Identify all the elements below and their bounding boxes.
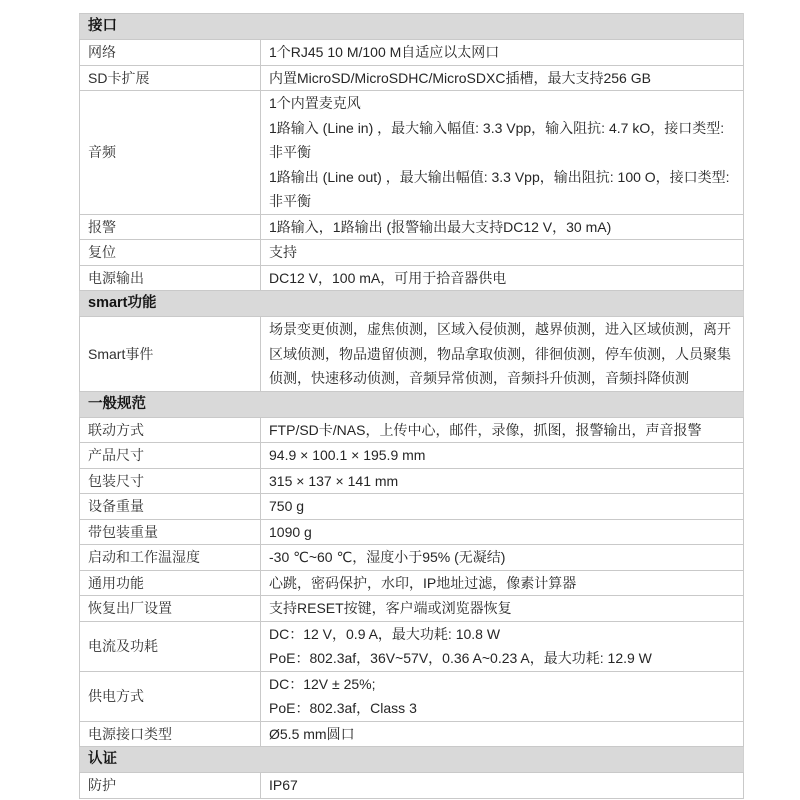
table-row: 带包装重量 1090 g xyxy=(80,519,744,545)
spec-value: 750 g xyxy=(261,494,744,520)
spec-value: 场景变更侦测，虚焦侦测，区域入侵侦测，越界侦测，进入区域侦测，离开区域侦测，物品… xyxy=(261,317,744,392)
section-header-interface: 接口 xyxy=(80,14,744,40)
value-line: 心跳，密码保护，水印，IP地址过滤，像素计算器 xyxy=(269,571,735,596)
spec-label: 联动方式 xyxy=(80,417,261,443)
table-row: 电源接口类型 Ø5.5 mm圆口 xyxy=(80,721,744,747)
value-line: FTP/SD卡/NAS，上传中心，邮件，录像，抓图，报警输出，声音报警 xyxy=(269,418,735,443)
value-line: Ø5.5 mm圆口 xyxy=(269,722,735,747)
table-row: 启动和工作温湿度 -30 ℃~60 ℃，湿度小于95% (无凝结) xyxy=(80,545,744,571)
spec-value: 1路输入，1路输出 (报警输出最大支持DC12 V，30 mA) xyxy=(261,214,744,240)
spec-value: IP67 xyxy=(261,773,744,799)
table-row: 联动方式 FTP/SD卡/NAS，上传中心，邮件，录像，抓图，报警输出，声音报警 xyxy=(80,417,744,443)
spec-label: 防护 xyxy=(80,773,261,799)
spec-label: 电源接口类型 xyxy=(80,721,261,747)
table-row: 包装尺寸 315 × 137 × 141 mm xyxy=(80,468,744,494)
value-line: 94.9 × 100.1 × 195.9 mm xyxy=(269,443,735,468)
spec-value: 内置MicroSD/MicroSDHC/MicroSDXC插槽，最大支持256 … xyxy=(261,65,744,91)
spec-value: 1个内置麦克风 1路输入 (Line in) ，最大输入幅值: 3.3 Vpp，… xyxy=(261,91,744,215)
spec-value: -30 ℃~60 ℃，湿度小于95% (无凝结) xyxy=(261,545,744,571)
spec-label: 供电方式 xyxy=(80,671,261,721)
spec-label: SD卡扩展 xyxy=(80,65,261,91)
spec-label: 带包装重量 xyxy=(80,519,261,545)
spec-label: 产品尺寸 xyxy=(80,443,261,469)
value-line: PoE：802.3af，Class 3 xyxy=(269,696,735,721)
value-line: DC：12V ± 25%; xyxy=(269,672,735,697)
spec-value: Ø5.5 mm圆口 xyxy=(261,721,744,747)
value-line: 1090 g xyxy=(269,520,735,545)
value-line: 1个RJ45 10 M/100 M自适应以太网口 xyxy=(269,40,735,65)
table-row: 电流及功耗 DC：12 V，0.9 A，最大功耗: 10.8 W PoE：802… xyxy=(80,621,744,671)
table-row: 恢复出厂设置 支持RESET按键，客户端或浏览器恢复 xyxy=(80,596,744,622)
value-line: -30 ℃~60 ℃，湿度小于95% (无凝结) xyxy=(269,545,735,570)
table-row: Smart事件 场景变更侦测，虚焦侦测，区域入侵侦测，越界侦测，进入区域侦测，离… xyxy=(80,317,744,392)
value-line: 支持RESET按键，客户端或浏览器恢复 xyxy=(269,596,735,621)
spec-label: 电源输出 xyxy=(80,265,261,291)
table-row: 供电方式 DC：12V ± 25%; PoE：802.3af，Class 3 xyxy=(80,671,744,721)
spec-label: 网络 xyxy=(80,40,261,66)
section-header-certification: 认证 xyxy=(80,747,744,773)
table-row: 产品尺寸 94.9 × 100.1 × 195.9 mm xyxy=(80,443,744,469)
section-header-general: 一般规范 xyxy=(80,391,744,417)
value-line: 315 × 137 × 141 mm xyxy=(269,469,735,494)
section-title: 接口 xyxy=(80,14,744,40)
value-line: IP67 xyxy=(269,773,735,798)
table-row: 网络 1个RJ45 10 M/100 M自适应以太网口 xyxy=(80,40,744,66)
spec-value: 支持 xyxy=(261,240,744,266)
table-row: 通用功能 心跳，密码保护，水印，IP地址过滤，像素计算器 xyxy=(80,570,744,596)
spec-value: DC：12V ± 25%; PoE：802.3af，Class 3 xyxy=(261,671,744,721)
section-title: smart功能 xyxy=(80,291,744,317)
spec-value: DC：12 V，0.9 A，最大功耗: 10.8 W PoE：802.3af，3… xyxy=(261,621,744,671)
spec-value: 1个RJ45 10 M/100 M自适应以太网口 xyxy=(261,40,744,66)
value-line: 支持 xyxy=(269,240,735,265)
table-row: 报警 1路输入，1路输出 (报警输出最大支持DC12 V，30 mA) xyxy=(80,214,744,240)
spec-value: 1090 g xyxy=(261,519,744,545)
value-line: 750 g xyxy=(269,494,735,519)
table-row: 防护 IP67 xyxy=(80,773,744,799)
table-row: SD卡扩展 内置MicroSD/MicroSDHC/MicroSDXC插槽，最大… xyxy=(80,65,744,91)
spec-label: 启动和工作温湿度 xyxy=(80,545,261,571)
spec-value: 94.9 × 100.1 × 195.9 mm xyxy=(261,443,744,469)
table-row: 电源输出 DC12 V，100 mA，可用于拾音器供电 xyxy=(80,265,744,291)
table-row: 音频 1个内置麦克风 1路输入 (Line in) ，最大输入幅值: 3.3 V… xyxy=(80,91,744,215)
spec-label: Smart事件 xyxy=(80,317,261,392)
section-title: 认证 xyxy=(80,747,744,773)
spec-label: 电流及功耗 xyxy=(80,621,261,671)
spec-value: FTP/SD卡/NAS，上传中心，邮件，录像，抓图，报警输出，声音报警 xyxy=(261,417,744,443)
value-line: DC：12 V，0.9 A，最大功耗: 10.8 W xyxy=(269,622,735,647)
spec-table: 接口 网络 1个RJ45 10 M/100 M自适应以太网口 SD卡扩展 内置M… xyxy=(79,13,744,799)
spec-sheet-page: 接口 网络 1个RJ45 10 M/100 M自适应以太网口 SD卡扩展 内置M… xyxy=(0,0,800,800)
value-line: 1路输入 (Line in) ，最大输入幅值: 3.3 Vpp，输入阻抗: 4.… xyxy=(269,116,735,165)
spec-value: 315 × 137 × 141 mm xyxy=(261,468,744,494)
spec-label: 复位 xyxy=(80,240,261,266)
value-line: 1个内置麦克风 xyxy=(269,91,735,116)
value-line: DC12 V，100 mA，可用于拾音器供电 xyxy=(269,266,735,291)
spec-label: 恢复出厂设置 xyxy=(80,596,261,622)
value-line: 1路输入，1路输出 (报警输出最大支持DC12 V，30 mA) xyxy=(269,215,735,240)
spec-label: 音频 xyxy=(80,91,261,215)
section-header-smart: smart功能 xyxy=(80,291,744,317)
value-line: 1路输出 (Line out) ，最大输出幅值: 3.3 Vpp，输出阻抗: 1… xyxy=(269,165,735,214)
value-line: 内置MicroSD/MicroSDHC/MicroSDXC插槽，最大支持256 … xyxy=(269,66,735,91)
spec-value: 支持RESET按键，客户端或浏览器恢复 xyxy=(261,596,744,622)
spec-label: 设备重量 xyxy=(80,494,261,520)
table-row: 复位 支持 xyxy=(80,240,744,266)
spec-value: 心跳，密码保护，水印，IP地址过滤，像素计算器 xyxy=(261,570,744,596)
spec-label: 报警 xyxy=(80,214,261,240)
spec-label: 通用功能 xyxy=(80,570,261,596)
value-line: PoE：802.3af，36V~57V，0.36 A~0.23 A，最大功耗: … xyxy=(269,646,735,671)
spec-label: 包装尺寸 xyxy=(80,468,261,494)
spec-value: DC12 V，100 mA，可用于拾音器供电 xyxy=(261,265,744,291)
table-row: 设备重量 750 g xyxy=(80,494,744,520)
value-line: 场景变更侦测，虚焦侦测，区域入侵侦测，越界侦测，进入区域侦测，离开区域侦测，物品… xyxy=(269,317,735,391)
section-title: 一般规范 xyxy=(80,391,744,417)
